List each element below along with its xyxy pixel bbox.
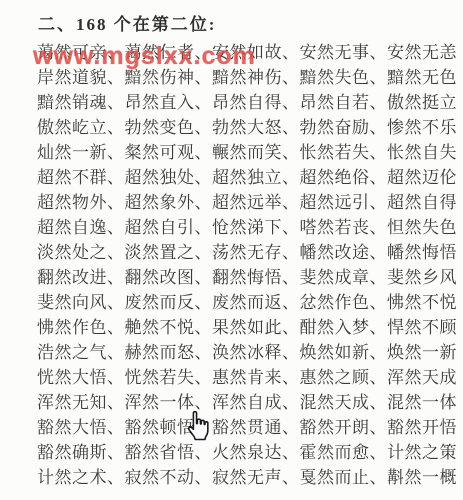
idiom: 计然之策 — [387, 438, 457, 463]
idiom: 翻然改进、 — [37, 263, 125, 288]
idiom-row: 豁然大悟、豁然顿悟、豁然贯通、豁然开朗、豁然开悟 — [37, 413, 456, 438]
idiom-row: 黯然销魂、昂然直入、昂然自得、昂然自若、傲然挺立 — [37, 88, 456, 113]
idiom-row: 淡然处之、淡然置之、荡然无存、幡然改途、幡然悔悟 — [37, 238, 456, 263]
idiom: 豁然省悟、 — [125, 438, 213, 463]
idiom-row: 超然不群、超然独处、超然独立、超然绝俗、超然迈伦 — [37, 163, 456, 188]
idiom: 恍然若失、 — [125, 363, 213, 388]
idiom: 幡然悔悟 — [387, 238, 457, 263]
idiom: 岸然道貌、 — [37, 63, 125, 88]
idiom: 超然自逸、 — [37, 213, 125, 238]
section-title: 二、168 个在第二位: — [38, 10, 216, 35]
idiom: 超然远举、 — [212, 188, 300, 213]
idiom: 斐然成章、 — [300, 263, 388, 288]
idiom-row: 岸然道貌、黯然伤神、黯然神伤、黯然失色、黯然无色 — [37, 63, 456, 88]
idiom: 混然天成、 — [300, 388, 388, 413]
idiom: 惠然肯来、 — [212, 363, 300, 388]
idiom-list: 蔼然可亲、蔼然仁者、安然如故、安然无事、安然无恙岸然道貌、黯然伤神、黯然神伤、黯… — [37, 38, 456, 488]
idiom: 悍然不顾 — [387, 313, 457, 338]
idiom: 安然无事、 — [300, 38, 388, 63]
idiom: 超然远引、 — [300, 188, 388, 213]
idiom: 酣然入梦、 — [300, 313, 388, 338]
idiom-row: 浩然之气、赫然而怒、涣然冰释、焕然如新、焕然一新 — [37, 338, 456, 363]
idiom: 寂然不动、 — [125, 463, 213, 488]
idiom: 豁然大悟、 — [37, 413, 125, 438]
idiom-row: 恍然大悟、恍然若失、惠然肯来、惠然之顾、浑然天成 — [37, 363, 456, 388]
idiom: 浑然无知、 — [37, 388, 125, 413]
idiom: 淡然置之、 — [125, 238, 213, 263]
idiom: 傲然挺立 — [387, 88, 457, 113]
idiom: 翻然改图、 — [125, 263, 213, 288]
idiom: 怫然不悦 — [387, 288, 457, 313]
idiom: 蔼然可亲、 — [37, 38, 125, 63]
idiom: 超然独立、 — [212, 163, 300, 188]
idiom: 黯然销魂、 — [37, 88, 125, 113]
idiom-row: 灿然一新、粲然可观、冁然而笑、怅然若失、怅然自失 — [37, 138, 456, 163]
idiom: 寂然无声、 — [212, 463, 300, 488]
idiom: 浑然自成、 — [212, 388, 300, 413]
idiom: 火然泉达、 — [212, 438, 300, 463]
idiom: 浩然之气、 — [37, 338, 125, 363]
idiom: 超然迈伦 — [387, 163, 457, 188]
idiom: 斠然一概 — [387, 463, 457, 488]
idiom: 焕然如新、 — [300, 338, 388, 363]
idiom-row: 超然自逸、超然自引、怆然涕下、嗒然若丧、怛然失色 — [37, 213, 456, 238]
idiom: 勃然大怒、 — [212, 113, 300, 138]
idiom: 黯然失色、 — [300, 63, 388, 88]
idiom: 黯然神伤、 — [212, 63, 300, 88]
idiom-row: 翻然改进、翻然改图、翻然悔悟、斐然成章、斐然乡风 — [37, 263, 456, 288]
idiom: 黯然伤神、 — [125, 63, 213, 88]
idiom: 超然绝俗、 — [300, 163, 388, 188]
idiom: 超然象外、 — [125, 188, 213, 213]
idiom: 勃然奋励、 — [300, 113, 388, 138]
idiom: 浑然一体、 — [125, 388, 213, 413]
idiom: 超然独处、 — [125, 163, 213, 188]
idiom-row: 浑然无知、浑然一体、浑然自成、混然天成、混然一体 — [37, 388, 456, 413]
idiom-row: 怫然作色、艴然不悦、果然如此、酣然入梦、悍然不顾 — [37, 313, 456, 338]
idiom: 计然之术、 — [37, 463, 125, 488]
idiom: 超然自引、 — [125, 213, 213, 238]
idiom: 艴然不悦、 — [125, 313, 213, 338]
idiom: 超然不群、 — [37, 163, 125, 188]
idiom: 戛然而止、 — [300, 463, 388, 488]
document-page: 二、168 个在第二位: 蔼然可亲、蔼然仁者、安然如故、安然无事、安然无恙岸然道… — [0, 0, 463, 500]
idiom: 嗒然若丧、 — [300, 213, 388, 238]
idiom-row: 超然物外、超然象外、超然远举、超然远引、超然自得 — [37, 188, 456, 213]
idiom: 豁然贯通、 — [212, 413, 300, 438]
idiom: 傲然屹立、 — [37, 113, 125, 138]
idiom: 惠然之顾、 — [300, 363, 388, 388]
idiom: 怆然涕下、 — [212, 213, 300, 238]
idiom-row: 傲然屹立、勃然变色、勃然大怒、勃然奋励、惨然不乐 — [37, 113, 456, 138]
idiom: 超然物外、 — [37, 188, 125, 213]
idiom: 浑然天成 — [387, 363, 457, 388]
idiom-row: 蔼然可亲、蔼然仁者、安然如故、安然无事、安然无恙 — [37, 38, 456, 63]
idiom: 斐然乡风 — [387, 263, 457, 288]
idiom-row: 豁然确斯、豁然省悟、火然泉达、霍然而愈、计然之策 — [37, 438, 456, 463]
idiom: 忿然作色、 — [300, 288, 388, 313]
idiom: 安然如故、 — [212, 38, 300, 63]
idiom: 灿然一新、 — [37, 138, 125, 163]
idiom: 昂然直入、 — [125, 88, 213, 113]
idiom: 黯然无色 — [387, 63, 457, 88]
idiom: 昂然自得、 — [212, 88, 300, 113]
idiom: 斐然向风、 — [37, 288, 125, 313]
idiom: 怅然自失 — [387, 138, 457, 163]
idiom: 怫然作色、 — [37, 313, 125, 338]
idiom: 蔼然仁者、 — [125, 38, 213, 63]
idiom: 勃然变色、 — [125, 113, 213, 138]
idiom: 安然无恙 — [387, 38, 457, 63]
idiom: 荡然无存、 — [212, 238, 300, 263]
idiom: 霍然而愈、 — [300, 438, 388, 463]
idiom: 赫然而怒、 — [125, 338, 213, 363]
idiom: 超然自得 — [387, 188, 457, 213]
idiom: 惨然不乐 — [387, 113, 457, 138]
idiom: 豁然顿悟、 — [125, 413, 213, 438]
idiom: 豁然开悟 — [387, 413, 457, 438]
idiom: 翻然悔悟、 — [212, 263, 300, 288]
idiom: 焕然一新 — [387, 338, 457, 363]
idiom: 废然而反、 — [125, 288, 213, 313]
idiom: 废然而返、 — [212, 288, 300, 313]
idiom: 恍然大悟、 — [37, 363, 125, 388]
idiom-row: 斐然向风、废然而反、废然而返、忿然作色、怫然不悦 — [37, 288, 456, 313]
idiom: 冁然而笑、 — [212, 138, 300, 163]
idiom: 涣然冰释、 — [212, 338, 300, 363]
idiom: 怅然若失、 — [300, 138, 388, 163]
idiom-row: 计然之术、寂然不动、寂然无声、戛然而止、斠然一概 — [37, 463, 456, 488]
idiom: 昂然自若、 — [300, 88, 388, 113]
idiom: 幡然改途、 — [300, 238, 388, 263]
idiom: 淡然处之、 — [37, 238, 125, 263]
idiom: 豁然确斯、 — [37, 438, 125, 463]
idiom: 豁然开朗、 — [300, 413, 388, 438]
idiom: 混然一体 — [387, 388, 457, 413]
idiom: 怛然失色 — [387, 213, 457, 238]
idiom: 粲然可观、 — [125, 138, 213, 163]
idiom: 果然如此、 — [212, 313, 300, 338]
